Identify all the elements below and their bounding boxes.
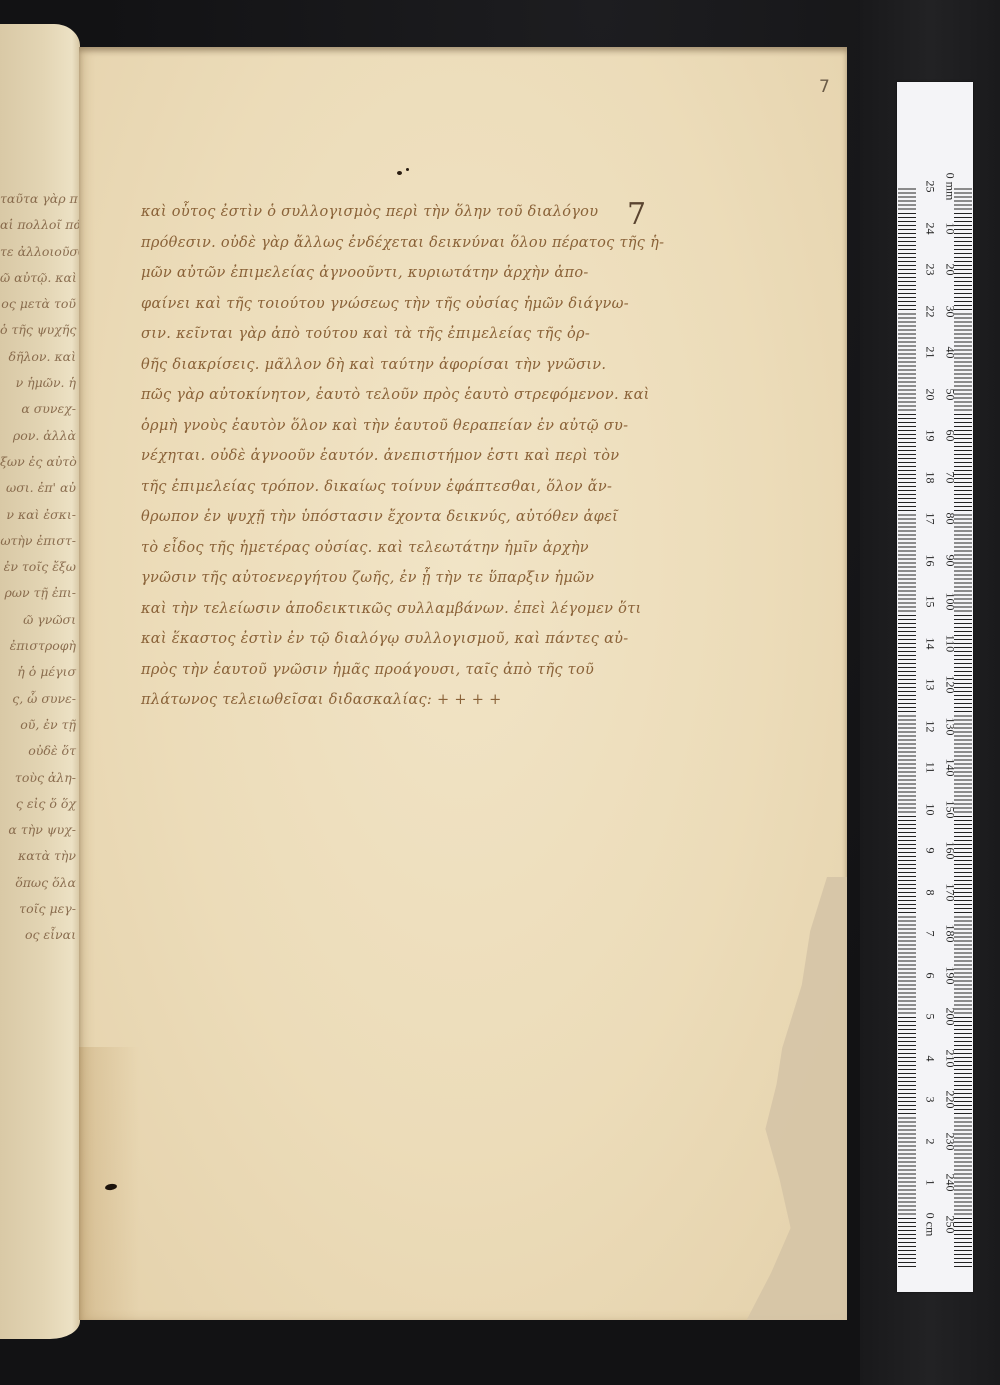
manuscript-line: τὸ εἶδος τῆς ἡμετέρας οὐσίας. καὶ τελεωτ…	[141, 533, 711, 564]
ruler-cm-label: 21	[923, 338, 938, 368]
verso-line: κατὰ τὴν	[0, 843, 80, 869]
marginal-mark: 7	[627, 197, 646, 232]
verso-line: ῶ αὐτῷ. καὶ ἐ	[0, 265, 80, 291]
manuscript-line: ὁρμὴ γνοὺς ἑαυτὸν ὅλον καὶ τὴν ἑαυτοῦ θε…	[141, 411, 711, 442]
verso-line: τοῖς μεγ-	[0, 896, 80, 922]
ruler-mm-label: 170	[943, 877, 958, 907]
ruler-cm-label: 23	[923, 255, 938, 285]
ink-speck	[397, 171, 402, 175]
ruler-cm-label: 24	[923, 213, 938, 243]
ruler-cm-label: 10	[923, 794, 938, 824]
verso-line: ξων ἐς αὐτὸ	[0, 449, 80, 475]
ruler-mm-label: 160	[943, 836, 958, 866]
ruler-cm-label: 4	[923, 1043, 938, 1073]
ruler-mm-label: 100	[943, 587, 958, 617]
manuscript-line: θῆς διακρίσεις. μᾶλλον δὴ καὶ ταύτην ἀφο…	[141, 350, 711, 381]
ruler-mm-label: 110	[943, 628, 958, 658]
ruler-cm-label: 16	[923, 545, 938, 575]
ruler-mm-label: 20	[943, 255, 958, 285]
verso-line: ν ἡμῶν. ἡ	[0, 370, 80, 396]
ruler-cm-label: 25	[923, 172, 938, 202]
manuscript-line: σιν. κεῖνται γὰρ ἀπὸ τούτου καὶ τὰ τῆς ἐ…	[141, 319, 711, 350]
ruler-cm-label: 20	[923, 379, 938, 409]
manuscript-line: καὶ τὴν τελείωσιν ἀποδεικτικῶς συλλαμβάν…	[141, 594, 711, 625]
ruler-cm-label: 0 cm	[923, 1209, 938, 1239]
ruler-mm-label: 210	[943, 1043, 958, 1073]
ruler-mm-label: 30	[943, 296, 958, 326]
ruler-mm-label: 240	[943, 1168, 958, 1198]
ruler-mm-label: 90	[943, 545, 958, 575]
ruler-mm-label: 0 mm	[943, 172, 958, 202]
verso-line: ταῦτα γὰρ πηγὴ	[0, 186, 80, 212]
verso-line: τοὺς ἀλη-	[0, 765, 80, 791]
ruler-mm-label: 40	[943, 338, 958, 368]
manuscript-line: πρόθεσιν. οὐδὲ γὰρ ἄλλως ἐνδέχεται δεικν…	[141, 228, 711, 259]
ruler-cm-label: 6	[923, 960, 938, 990]
verso-line: ὁ τῆς ψυχῆς	[0, 317, 80, 343]
ruler-mm-label: 120	[943, 670, 958, 700]
ruler-cm-label: 7	[923, 919, 938, 949]
manuscript-line: μῶν αὐτῶν ἐπιμελείας ἀγνοοῦντι, κυριωτάτ…	[141, 258, 711, 289]
manuscript-line: τῆς ἐπιμελείας τρόπον. δικαίως τοίνυν ἐφ…	[141, 472, 711, 503]
ruler-mm-label: 70	[943, 462, 958, 492]
verso-line: ος εἶναι	[0, 922, 80, 948]
ruler-cm-label: 3	[923, 1085, 938, 1115]
ruler-cm-label: 11	[923, 753, 938, 783]
folio-number: 7	[819, 77, 830, 97]
ruler-mm-label: 190	[943, 960, 958, 990]
recto-page: 7 καὶ οὗτος ἐστὶν ὁ συλλογισμὸς περὶ τὴν…	[79, 47, 847, 1320]
verso-line: δῆλον. καὶ	[0, 344, 80, 370]
ruler-mm-label: 220	[943, 1085, 958, 1115]
verso-line: α τὴν ψυχ-	[0, 817, 80, 843]
ruler-cm-label: 17	[923, 504, 938, 534]
measurement-ruler: 2524232221201918171615141312111098765432…	[897, 82, 973, 1292]
verso-page-fragment: ταῦτα γὰρ πηγὴαἱ πολλοῖ πάντεςτε ἀλλοιοῦ…	[0, 24, 80, 1339]
verso-line: οὐδὲ ὅτ	[0, 738, 80, 764]
ruler-mm-label: 10	[943, 213, 958, 243]
verso-line: ἐπιστροφὴ	[0, 633, 80, 659]
ruler-mm-label: 50	[943, 379, 958, 409]
manuscript-line: θρωπον ἐν ψυχῇ τὴν ὑπόστασιν ἔχοντα δεικ…	[141, 502, 711, 533]
verso-line: ωσι. ἐπ' αὐ	[0, 475, 80, 501]
verso-line: ρων τῇ ἐπι-	[0, 580, 80, 606]
ruler-cm-label: 9	[923, 836, 938, 866]
manuscript-text-block: καὶ οὗτος ἐστὶν ὁ συλλογισμὸς περὶ τὴν ὅ…	[141, 197, 711, 716]
ruler-cm-label: 15	[923, 587, 938, 617]
ruler-mm-label: 140	[943, 753, 958, 783]
verso-line: οῦ, ἐν τῇ	[0, 712, 80, 738]
ruler-mm-label: 150	[943, 794, 958, 824]
ruler-mm-label: 230	[943, 1126, 958, 1156]
verso-line: ῶ γνῶσι	[0, 607, 80, 633]
manuscript-line: φαίνει καὶ τῆς τοιούτου γνώσεως τὴν τῆς …	[141, 289, 711, 320]
ruler-mm-label: 130	[943, 711, 958, 741]
ruler-mm-label: 80	[943, 504, 958, 534]
ruler-cm-label: 13	[923, 670, 938, 700]
ruler-cm-label: 1	[923, 1168, 938, 1198]
ink-speck	[406, 168, 409, 171]
water-stain	[729, 877, 847, 1320]
ruler-cm-label: 22	[923, 296, 938, 326]
verso-line: ς εἰς ὅ ὅχ	[0, 791, 80, 817]
manuscript-line: νέχηται. οὐδὲ ἀγνοοῦν ἑαυτόν. ἀνεπιστήμο…	[141, 441, 711, 472]
verso-line: ν καὶ ἐσκι-	[0, 502, 80, 528]
manuscript-line: πῶς γὰρ αὐτοκίνητον, ἑαυτὸ τελοῦν πρὸς ἑ…	[141, 380, 711, 411]
ruler-cm-label: 5	[923, 1002, 938, 1032]
verso-line: α συνεχ-	[0, 396, 80, 422]
verso-line: ὅπως ὅλα	[0, 870, 80, 896]
ruler-cm-label: 8	[923, 877, 938, 907]
ruler-mm-label: 250	[943, 1209, 958, 1239]
ruler-mm-label: 60	[943, 421, 958, 451]
verso-line: ωτὴν ἐπιστ-	[0, 528, 80, 554]
ruler-mm-label: 180	[943, 919, 958, 949]
ruler-mm-label: 200	[943, 1002, 958, 1032]
manuscript-line: πλάτωνος τελειωθεῖσαι διδασκαλίας: + + +…	[141, 685, 711, 716]
ruler-cm-label: 12	[923, 711, 938, 741]
ruler-cm-label: 19	[923, 421, 938, 451]
verso-line: ἐν τοῖς ἔξω	[0, 554, 80, 580]
cm-ticks	[898, 187, 916, 1267]
manuscript-line: καὶ οὗτος ἐστὶν ὁ συλλογισμὸς περὶ τὴν ὅ…	[141, 197, 711, 228]
verso-line: ος μετὰ τοῦ	[0, 291, 80, 317]
ruler-cm-label: 2	[923, 1126, 938, 1156]
verso-line: ρον. ἀλλὰ	[0, 423, 80, 449]
verso-line: ἡ ὁ μέγισ	[0, 659, 80, 685]
ruler-cm-label: 18	[923, 462, 938, 492]
manuscript-line: γνῶσιν τῆς αὐτοενεργήτου ζωῆς, ἐν ᾗ τὴν …	[141, 563, 711, 594]
verso-line: αἱ πολλοῖ πάντες	[0, 212, 80, 238]
manuscript-line: καὶ ἕκαστος ἐστὶν ἐν τῷ διαλόγῳ συλλογισ…	[141, 624, 711, 655]
ruler-cm-label: 14	[923, 628, 938, 658]
verso-line: τε ἀλλοιοῦσθαι	[0, 239, 80, 265]
manuscript-line: πρὸς τὴν ἑαυτοῦ γνῶσιν ἡμᾶς προάγουσι, τ…	[141, 655, 711, 686]
verso-text-block: ταῦτα γὰρ πηγὴαἱ πολλοῖ πάντεςτε ἀλλοιοῦ…	[0, 186, 80, 949]
verso-line: ς, ὧ συνε-	[0, 686, 80, 712]
